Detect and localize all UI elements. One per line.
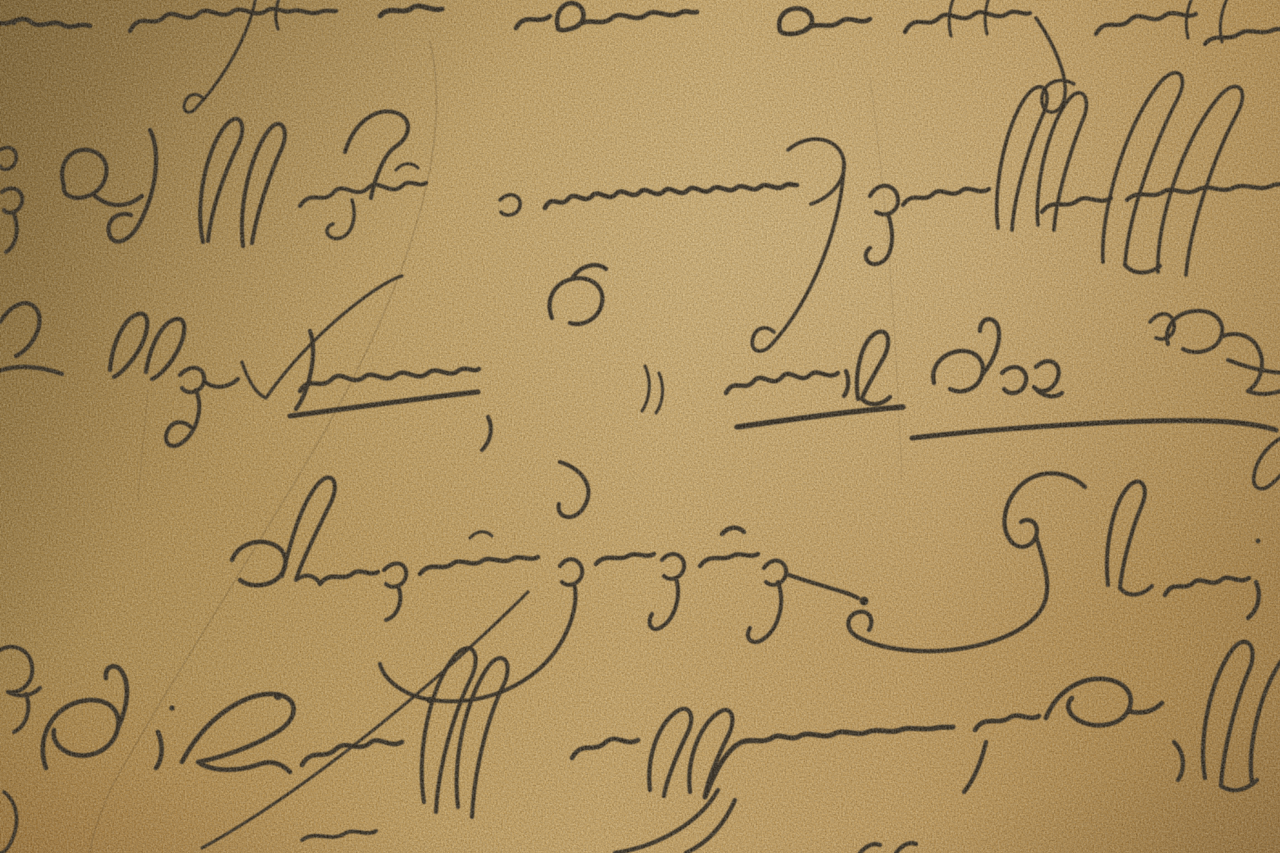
paper-grain-light [0, 0, 1280, 853]
photo-letter-closeup: Extreme close-up of an old letter writte… [0, 0, 1280, 853]
handwriting-svg [0, 0, 1280, 853]
